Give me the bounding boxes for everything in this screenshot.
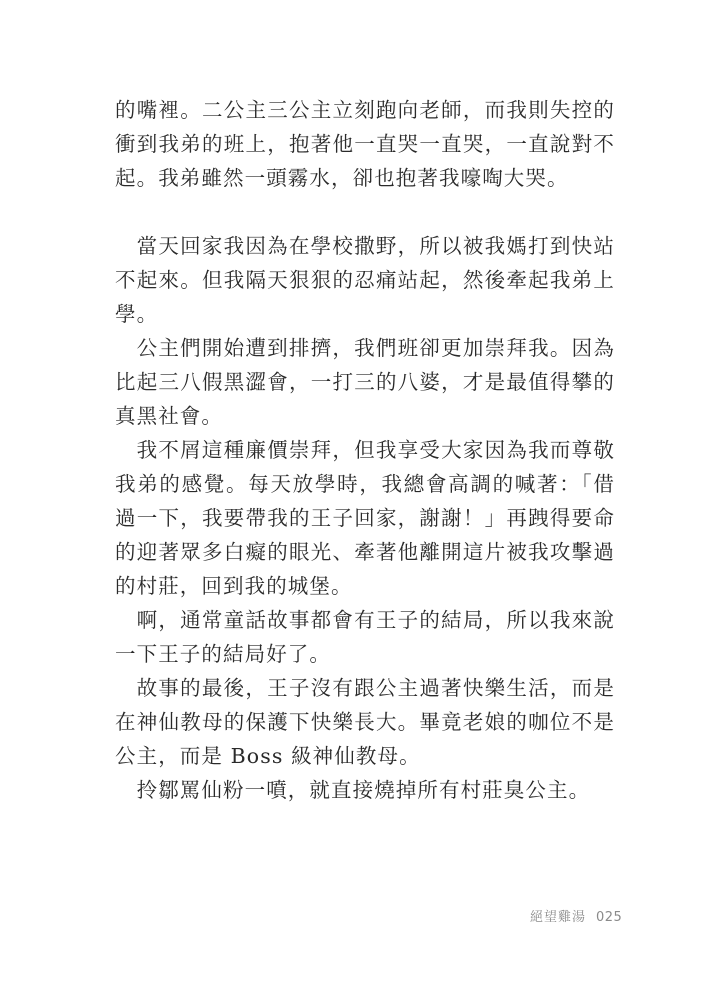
paragraph: 拎鄒罵仙粉一噴，就直接燒掉所有村莊臭公主。 (115, 773, 615, 807)
running-title: 絕望雞湯 (530, 910, 586, 925)
paragraph: 啊，通常童話故事都會有王子的結局，所以我來說一下王子的結局好了。 (115, 603, 615, 671)
page-footer: 絕望雞湯025 (530, 906, 622, 925)
paragraph-spacer (115, 195, 615, 229)
page-number: 025 (596, 910, 622, 925)
paragraph: 故事的最後，王子沒有跟公主過著快樂生活，而是在神仙教母的保護下快樂長大。畢竟老娘… (115, 671, 615, 773)
paragraph: 當天回家我因為在學校撒野，所以被我媽打到快站不起來。但我隔天狠狠的忍痛站起，然後… (115, 229, 615, 331)
paragraph-continuation: 的嘴裡。二公主三公主立刻跑向老師，而我則失控的衝到我弟的班上，抱著他一直哭一直哭… (115, 93, 615, 195)
paragraph: 我不屑這種廉價崇拜，但我享受大家因為我而尊敬我弟的感覺。每天放學時，我總會高調的… (115, 433, 615, 603)
page-body: 的嘴裡。二公主三公主立刻跑向老師，而我則失控的衝到我弟的班上，抱著他一直哭一直哭… (115, 93, 615, 807)
paragraph: 公主們開始遭到排擠，我們班卻更加崇拜我。因為比起三八假黑澀會，一打三的八婆，才是… (115, 331, 615, 433)
